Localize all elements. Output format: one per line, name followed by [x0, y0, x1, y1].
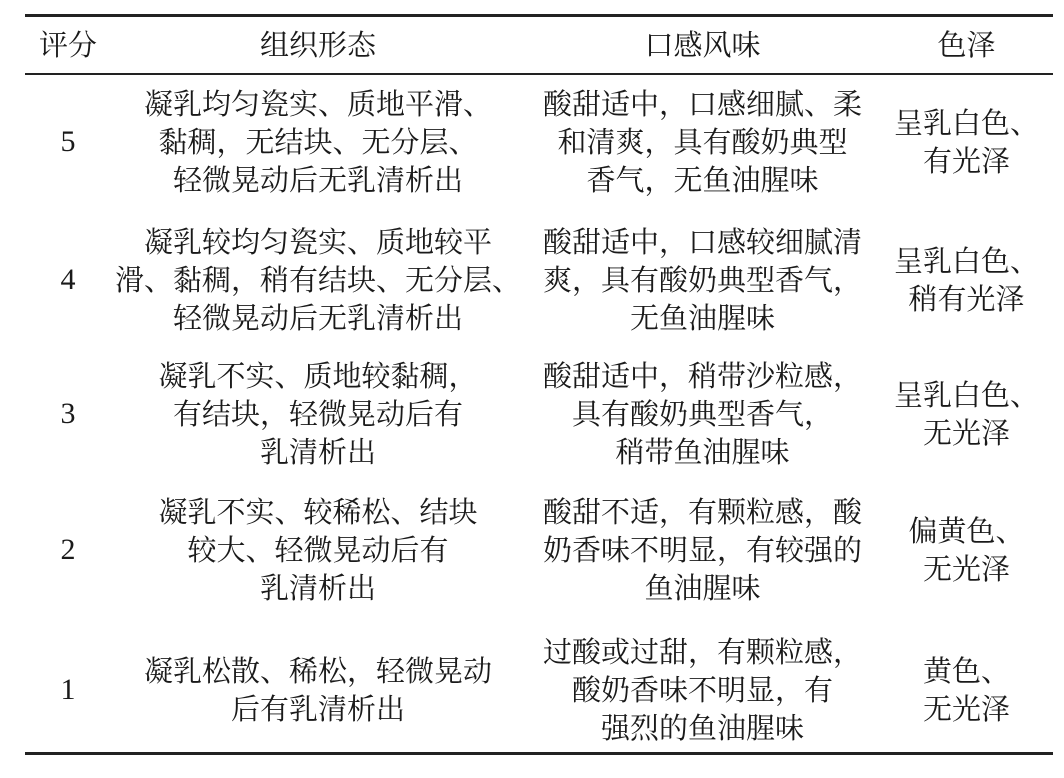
top-rule: [25, 14, 1053, 17]
texture-cell: 凝乳不实、较稀松、结块 较大、轻微晃动后有 乳清析出: [111, 488, 525, 612]
color-cell: 呈乳白色、 无光泽: [880, 352, 1053, 476]
header-score: 评分: [25, 20, 111, 70]
texture-cell: 凝乳不实、质地较黏稠， 有结块，轻微晃动后有 乳清析出: [111, 352, 525, 476]
score-cell: 4: [25, 218, 111, 342]
color-cell: 呈乳白色、 稍有光泽: [880, 218, 1053, 342]
header-color: 色泽: [880, 20, 1053, 70]
taste-cell: 酸甜适中，稍带沙粒感， 具有酸奶典型香气， 稍带鱼油腥味: [525, 352, 880, 476]
color-cell: 黄色、 无光泽: [880, 628, 1053, 752]
score-cell: 2: [25, 488, 111, 612]
texture-cell: 凝乳均匀瓷实、质地平滑、 黏稠，无结块、无分层、 轻微晃动后无乳清析出: [111, 80, 525, 204]
taste-cell: 酸甜适中，口感细腻、柔 和清爽，具有酸奶典型 香气，无鱼油腥味: [525, 80, 880, 204]
header-taste: 口感风味: [525, 20, 880, 70]
texture-cell: 凝乳较均匀瓷实、质地较平 滑、黏稠，稍有结块、无分层、 轻微晃动后无乳清析出: [108, 218, 528, 342]
score-cell: 3: [25, 352, 111, 476]
taste-cell: 酸甜不适，有颗粒感，酸 奶香味不明显，有较强的 鱼油腥味: [525, 488, 880, 612]
score-cell: 5: [25, 80, 111, 204]
taste-cell: 过酸或过甜，有颗粒感， 酸奶香味不明显，有 强烈的鱼油腥味: [525, 628, 880, 752]
bottom-rule: [25, 752, 1053, 755]
texture-cell: 凝乳松散、稀松，轻微晃动 后有乳清析出: [111, 628, 525, 752]
score-cell: 1: [25, 628, 111, 752]
color-cell: 呈乳白色、 有光泽: [880, 80, 1053, 204]
taste-cell: 酸甜适中，口感较细腻清 爽，具有酸奶典型香气， 无鱼油腥味: [525, 218, 880, 342]
header-texture: 组织形态: [111, 20, 525, 70]
color-cell: 偏黄色、 无光泽: [880, 488, 1053, 612]
header-rule: [25, 73, 1053, 75]
